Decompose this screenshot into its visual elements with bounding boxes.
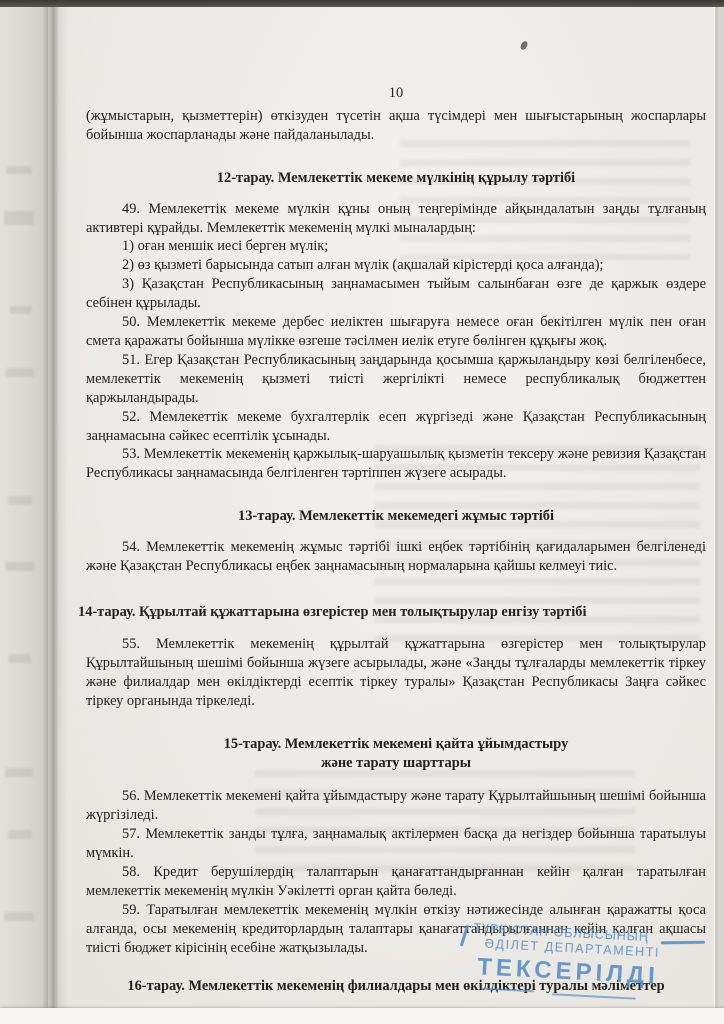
paragraph-continuation: (жұмыстарын, қызметтерін) өткізуден түсе… [86, 107, 706, 145]
bleed-mark [8, 496, 32, 505]
scanned-document-page: 10 (жұмыстарын, қызметтерін) өткізуден т… [0, 0, 724, 1024]
bleed-mark [4, 912, 34, 921]
clause-49-item-1: 1) оған меншік иесі берген мүлік; [86, 237, 706, 256]
clause-49: 49. Мемлекеттік мекеме мүлкін құны оның … [86, 200, 706, 238]
clause-53: 53. Мемлекеттік мекеменің қаржылық-шаруа… [86, 445, 706, 483]
bleed-mark [6, 368, 34, 377]
clause-49-item-3: 3) Қазақстан Республикасының заңнамасыме… [86, 275, 706, 313]
bleed-mark [9, 654, 31, 663]
clause-50: 50. Мемлекеттік мекеме дербес иеліктен ш… [86, 313, 706, 351]
right-scan-edge [718, 6, 724, 1008]
chapter-12-heading: 12-тарау. Мемлекеттік мекеме мүлкінің құ… [86, 169, 706, 188]
top-scan-edge [0, 0, 724, 7]
clause-52: 52. Мемлекеттік мекеме бухгалтерлік есеп… [86, 408, 706, 446]
bottom-scan-edge [0, 1008, 724, 1024]
chapter-15-heading-line-2: және тарату шарттары [86, 754, 706, 773]
clause-55: 55. Мемлекеттік мекеменің құрылтай құжат… [86, 635, 706, 711]
bleed-mark [5, 562, 35, 571]
stamp-stroke [460, 925, 469, 947]
chapter-13-heading: 13-тарау. Мемлекеттік мекемедегі жұмыс т… [86, 507, 706, 526]
clause-49-item-2: 2) өз қызметі барысында сатып алған мүлі… [86, 256, 706, 275]
clause-57: 57. Мемлекеттік занды тұлға, заңнамалық … [86, 825, 706, 863]
bleed-mark [4, 211, 34, 225]
right-paper-edge-line [715, 6, 718, 1008]
chapter-15-heading-line-1: 15-тарау. Мемлекеттік мекемені қайта ұйы… [86, 735, 706, 754]
document-body: 10 (жұмыстарын, қызметтерін) өткізуден т… [86, 84, 706, 1024]
clause-54: 54. Мемлекеттік мекеменің жұмыс тәртібі … [86, 538, 706, 576]
chapter-14-heading: 14-тарау. Құрылтай құжаттарына өзгерісте… [78, 603, 706, 622]
bleed-mark [6, 166, 32, 174]
bleed-mark [5, 768, 33, 777]
clause-51: 51. Егер Қазақстан Республикасының заңда… [86, 351, 706, 408]
bleed-mark [10, 306, 32, 314]
bleed-mark [8, 830, 32, 839]
page-number: 10 [86, 84, 706, 103]
page-fold-crease [42, 6, 68, 1010]
clause-56: 56. Мемлекеттік мекемені қайта ұйымдасты… [86, 787, 706, 825]
adjacent-page-strip [0, 6, 48, 1010]
clause-58: 58. Кредит берушілердің талаптарын қанағ… [86, 863, 706, 901]
